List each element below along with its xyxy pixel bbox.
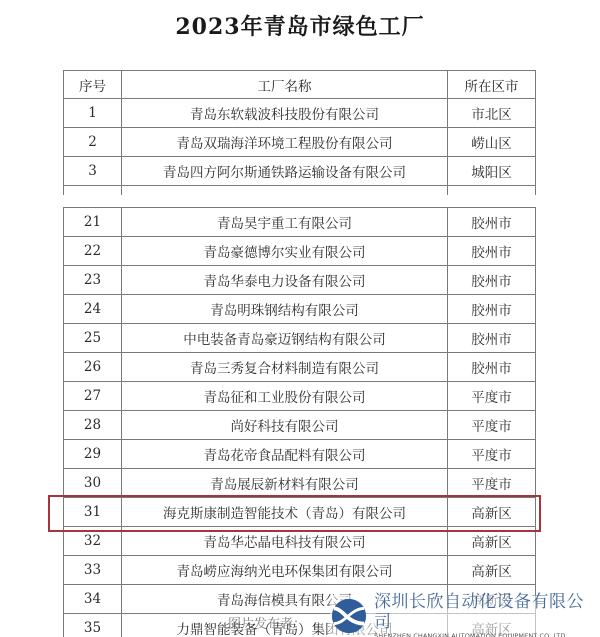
row-district: 平度市 [448, 440, 536, 469]
green-factory-table-top: 序号 工厂名称 所在区市 1 青岛东软载波科技股份有限公司 市北区 2 青岛双瑞… [63, 70, 536, 195]
row-index: 2 [64, 128, 122, 157]
row-factory-name: 青岛明珠钢结构有限公司 [122, 295, 448, 324]
row-factory-name: 青岛崂应海纳光电环保集团有限公司 [122, 556, 448, 585]
row-index: 30 [64, 469, 122, 498]
table-row: 25 中电装备青岛豪迈钢结构有限公司 胶州市 [64, 324, 536, 353]
row-factory-name: 青岛双瑞海洋环境工程股份有限公司 [122, 128, 448, 157]
watermark-company-cn: 深圳长欣自动化设备有限公司 [374, 592, 600, 632]
table-row: 22 青岛豪德博尔实业有限公司 胶州市 [64, 237, 536, 266]
table-row: 21 青岛昊宇重工有限公司 胶州市 [64, 208, 536, 237]
row-factory-name: 中电装备青岛豪迈钢结构有限公司 [122, 324, 448, 353]
table-row: 29 青岛花帝食品配料有限公司 平度市 [64, 440, 536, 469]
header-district: 所在区市 [448, 71, 536, 99]
row-district: 胶州市 [448, 266, 536, 295]
row-index: 1 [64, 99, 122, 128]
row-district: 城阳区 [448, 157, 536, 186]
table-row-highlighted: 31 海克斯康制造智能技术（青岛）有限公司 高新区 [64, 498, 536, 527]
row-index: 23 [64, 266, 122, 295]
row-index: 26 [64, 353, 122, 382]
table-row: 26 青岛三秀复合材料制造有限公司 胶州市 [64, 353, 536, 382]
row-district: 高新区 [448, 498, 536, 527]
row-index: 24 [64, 295, 122, 324]
row-factory-name: 青岛展辰新材料有限公司 [122, 469, 448, 498]
row-index: 32 [64, 527, 122, 556]
table-row: 27 青岛征和工业股份有限公司 平度市 [64, 382, 536, 411]
row-factory-name: 青岛花帝食品配料有限公司 [122, 440, 448, 469]
row-index: 31 [64, 498, 122, 527]
row-district: 胶州市 [448, 237, 536, 266]
table-row: 24 青岛明珠钢结构有限公司 胶州市 [64, 295, 536, 324]
table-row: 1 青岛东软载波科技股份有限公司 市北区 [64, 99, 536, 128]
row-index: 29 [64, 440, 122, 469]
row-district: 高新区 [448, 527, 536, 556]
changxin-logo-icon [330, 597, 368, 635]
document-title: 2023年青岛市绿色工厂 [0, 10, 600, 41]
row-district: 胶州市 [448, 208, 536, 237]
table-row: 33 青岛崂应海纳光电环保集团有限公司 高新区 [64, 556, 536, 585]
watermark-company-en: SHENZHEN CHANGXIN AUTOMATION EQUIPMENT C… [374, 632, 600, 637]
row-district: 胶州市 [448, 353, 536, 382]
header-index: 序号 [64, 71, 122, 99]
row-index: 25 [64, 324, 122, 353]
row-district: 高新区 [448, 556, 536, 585]
table-row: 3 青岛四方阿尔斯通铁路运输设备有限公司 城阳区 [64, 157, 536, 186]
row-factory-name: 青岛华泰电力设备有限公司 [122, 266, 448, 295]
row-district: 市北区 [448, 99, 536, 128]
row-factory-name: 青岛东软载波科技股份有限公司 [122, 99, 448, 128]
row-factory-name: 青岛豪德博尔实业有限公司 [122, 237, 448, 266]
row-index: 27 [64, 382, 122, 411]
row-index: 35 [64, 614, 122, 637]
row-district: 平度市 [448, 382, 536, 411]
table-row: 23 青岛华泰电力设备有限公司 胶州市 [64, 266, 536, 295]
row-index: 21 [64, 208, 122, 237]
publisher-label: 图片发布者： [228, 613, 306, 632]
company-watermark: 深圳长欣自动化设备有限公司 SHENZHEN CHANGXIN AUTOMATI… [330, 595, 600, 637]
table-row: 32 青岛华芯晶电科技有限公司 高新区 [64, 527, 536, 556]
row-factory-name: 青岛四方阿尔斯通铁路运输设备有限公司 [122, 157, 448, 186]
row-index: 34 [64, 585, 122, 614]
row-index: 33 [64, 556, 122, 585]
green-factory-table-bottom: 21 青岛昊宇重工有限公司 胶州市 22 青岛豪德博尔实业有限公司 胶州市 23… [63, 207, 536, 637]
row-factory-name: 青岛华芯晶电科技有限公司 [122, 527, 448, 556]
row-index: 28 [64, 411, 122, 440]
table-row-cut [64, 186, 536, 195]
row-district: 平度市 [448, 411, 536, 440]
row-factory-name: 青岛昊宇重工有限公司 [122, 208, 448, 237]
table-row: 28 尚好科技有限公司 平度市 [64, 411, 536, 440]
row-factory-name: 青岛征和工业股份有限公司 [122, 382, 448, 411]
table-header-row: 序号 工厂名称 所在区市 [64, 71, 536, 99]
row-district: 胶州市 [448, 295, 536, 324]
row-district: 崂山区 [448, 128, 536, 157]
row-factory-name: 青岛三秀复合材料制造有限公司 [122, 353, 448, 382]
row-district: 平度市 [448, 469, 536, 498]
table-row: 2 青岛双瑞海洋环境工程股份有限公司 崂山区 [64, 128, 536, 157]
row-index: 22 [64, 237, 122, 266]
row-factory-name: 尚好科技有限公司 [122, 411, 448, 440]
row-factory-name: 海克斯康制造智能技术（青岛）有限公司 [122, 498, 448, 527]
row-index: 3 [64, 157, 122, 186]
header-factory-name: 工厂名称 [122, 71, 448, 99]
row-district: 胶州市 [448, 324, 536, 353]
table-row: 30 青岛展辰新材料有限公司 平度市 [64, 469, 536, 498]
